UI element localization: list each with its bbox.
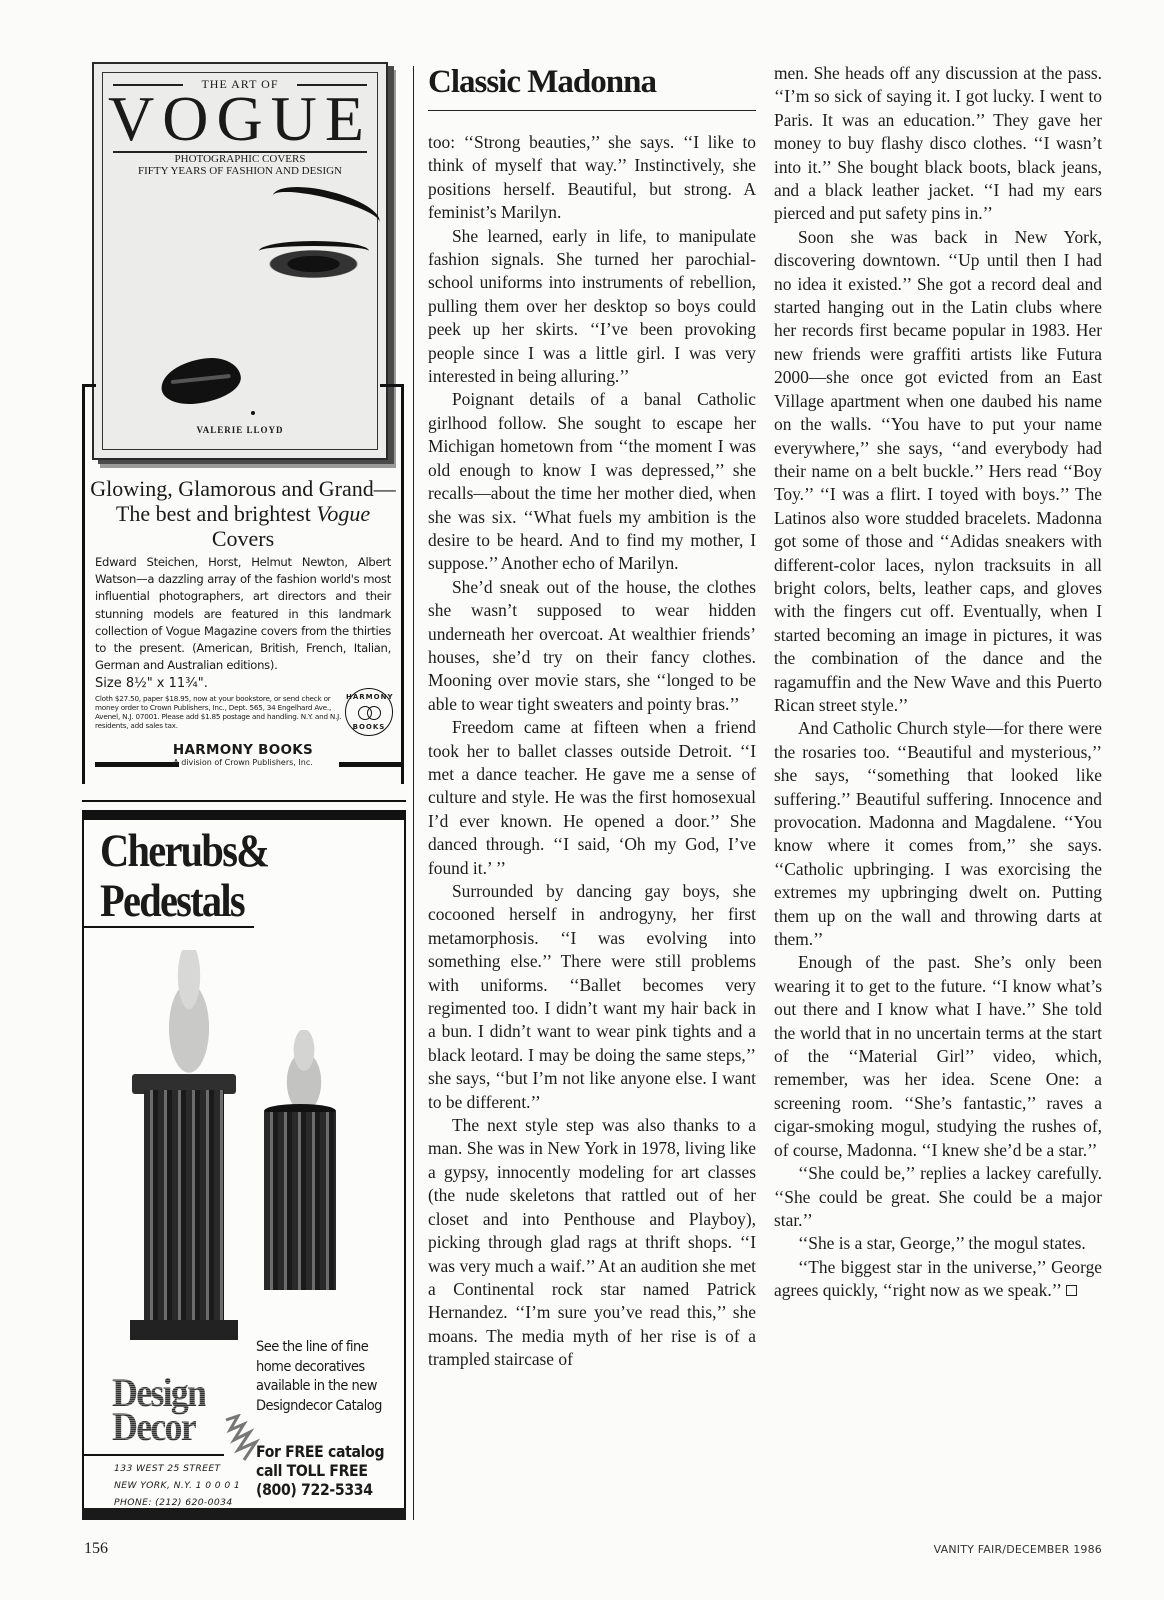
- book-subtitle-2: FIFTY YEARS OF FASHION AND DESIGN: [103, 165, 377, 177]
- paragraph: ‘‘She could be,’’ replies a lackey caref…: [774, 1162, 1102, 1232]
- cherub-statue-image: [274, 1030, 334, 1110]
- paragraph: Soon she was back in New York, discoveri…: [774, 226, 1102, 718]
- paragraph: And Catholic Church style—for there were…: [774, 717, 1102, 951]
- fluted-pedestal-image: [144, 1090, 224, 1326]
- eyebrow-illustration: [268, 178, 383, 240]
- running-footer: VANITY FAIR/DECEMBER 1986: [934, 1543, 1102, 1556]
- article-column-2: men. She heads off any discussion at the…: [774, 62, 1102, 1303]
- designdecor-logo: Design Decor: [112, 1376, 205, 1444]
- order-fine-print: Cloth $27.50, paper $18.95, now at your …: [95, 694, 353, 730]
- paragraph: men. She heads off any discussion at the…: [774, 62, 1102, 226]
- column-rule: [413, 66, 414, 1520]
- paragraph: Surrounded by dancing gay boys, she coco…: [428, 880, 756, 1114]
- ad-separator: [82, 800, 406, 802]
- article-title: Classic Madonna: [428, 64, 656, 101]
- harmony-books-logo-icon: HARMONY BOOKS: [345, 688, 393, 736]
- paragraph: Poignant details of a banal Catholic gir…: [428, 388, 756, 575]
- end-of-article-icon: [1066, 1285, 1077, 1296]
- paragraph-final: ‘‘The biggest star in the universe,’’ Ge…: [774, 1256, 1102, 1303]
- publisher-name: HARMONY BOOKS: [85, 742, 401, 758]
- paragraph: She’d sneak out of the house, the clothe…: [428, 576, 756, 716]
- catalog-copy: See the line of fine home decoratives av…: [256, 1338, 391, 1416]
- eye-illustration: [253, 245, 363, 283]
- paragraph: The next style step was also thanks to a…: [428, 1114, 756, 1371]
- round-pedestal-image: [264, 1112, 336, 1290]
- paragraph: She learned, early in life, to manipulat…: [428, 225, 756, 389]
- divider: [84, 1454, 224, 1456]
- designdecor-address: 133 WEST 25 STREET NEW YORK, N.Y. 1 0 0 …: [114, 1460, 240, 1511]
- paragraph: too: ‘‘Strong beauties,’’ she says. ‘‘I …: [428, 131, 756, 225]
- cherub-statue-image: [154, 950, 224, 1080]
- page-number: 156: [84, 1540, 108, 1558]
- book-size: Size 8½" x 11¾".: [95, 676, 208, 691]
- paragraph: Freedom came at fifteen when a friend to…: [428, 716, 756, 880]
- article-column-1: too: ‘‘Strong beauties,’’ she says. ‘‘I …: [428, 131, 756, 1372]
- ad-bottom-band: [82, 1508, 406, 1520]
- publisher-division: A division of Crown Publishers, Inc.: [85, 758, 401, 767]
- paragraph: Enough of the past. She’s only been wear…: [774, 951, 1102, 1162]
- book-title: VOGUE: [103, 89, 377, 149]
- paragraph: ‘‘She is a star, George,’’ the mogul sta…: [774, 1232, 1102, 1255]
- cherubs-pedestals-ad: Cherubs& Pedestals See the line of fine …: [82, 810, 406, 1516]
- pedestal-base: [130, 1320, 238, 1340]
- book-subtitle: PHOTOGRAPHIC COVERS: [113, 151, 367, 165]
- vogue-ad-copy-frame: Glowing, Glamorous and Grand—The best an…: [82, 384, 404, 784]
- vogue-ad-body: Edward Steichen, Horst, Helmut Newton, A…: [95, 554, 391, 674]
- free-catalog-cta: For FREE catalog call TOLL FREE (800) 72…: [256, 1442, 384, 1499]
- toll-free-phone: (800) 722-5334: [256, 1480, 384, 1499]
- cherubs-ad-title: Cherubs& Pedestals: [100, 826, 268, 926]
- title-rule: [428, 110, 756, 111]
- vogue-ad-headline: Glowing, Glamorous and Grand—The best an…: [85, 476, 401, 551]
- title-underline: [84, 926, 254, 928]
- vogue-book-ad: THE ART OF VOGUE PHOTOGRAPHIC COVERS FIF…: [82, 62, 404, 784]
